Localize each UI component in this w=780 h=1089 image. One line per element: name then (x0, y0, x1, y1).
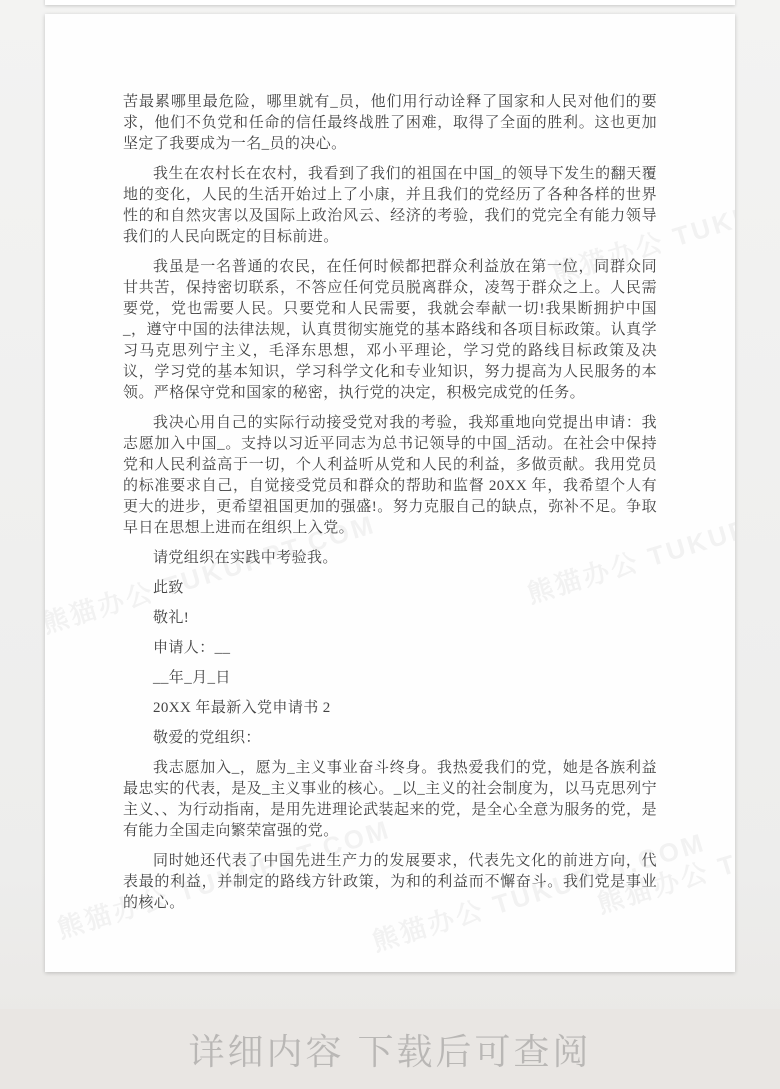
paragraph: 我生在农村长在农村，我看到了我们的祖国在中国_的领导下发生的翻天覆地的变化，人民… (123, 164, 657, 248)
document-body: 苦最累哪里最危险，哪里就有_员，他们用行动诠释了国家和人民对他们的要求，他们不负… (123, 92, 657, 923)
paragraph: 苦最累哪里最危险，哪里就有_员，他们用行动诠释了国家和人民对他们的要求，他们不负… (123, 92, 657, 155)
footer-bar: 详细内容 下载后可查阅 (0, 1009, 780, 1089)
paragraph: 敬礼! (123, 608, 657, 629)
paragraph: 请党组织在实践中考验我。 (123, 548, 657, 569)
document-page: 苦最累哪里最危险，哪里就有_员，他们用行动诠释了国家和人民对他们的要求，他们不负… (45, 14, 735, 972)
paragraph: 同时她还代表了中国先进生产力的发展要求，代表先文化的前进方向，代表最的利益，并制… (123, 851, 657, 914)
footer-hint-label: 详细内容 下载后可查阅 (188, 1024, 591, 1075)
paragraph: 我虽是一名普通的农民，在任何时候都把群众利益放在第一位，同群众同甘共苦，保持密切… (123, 257, 657, 404)
paragraph: 敬爱的党组织： (123, 728, 657, 749)
paragraph: 此致 (123, 578, 657, 599)
paragraph: 20XX 年最新入党申请书 2 (123, 698, 657, 719)
paragraph: __年_月_日 (123, 668, 657, 689)
paragraph: 我志愿加入_，愿为_主义事业奋斗终身。我热爱我们的党，她是各族利益最忠实的代表，… (123, 758, 657, 842)
previous-page-edge (45, 0, 735, 5)
paragraph: 我决心用自己的实际行动接受党对我的考验，我郑重地向党提出申请：我志愿加入中国_。… (123, 413, 657, 539)
paragraph: 申请人：__ (123, 638, 657, 659)
